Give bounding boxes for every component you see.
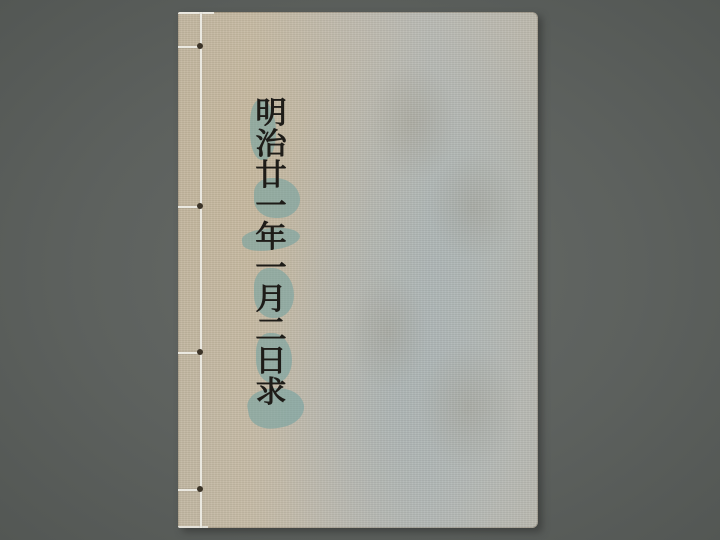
top-binding-edge (178, 12, 214, 14)
title-char: 求 (255, 377, 287, 408)
title-char: 一 (255, 253, 287, 284)
stain (428, 152, 518, 262)
stain (418, 342, 518, 472)
book-cover: 明 治 廿 一 年 一 月 二 日 求 (178, 12, 538, 528)
stitch-hole (197, 349, 203, 355)
stitch-hole (197, 203, 203, 209)
bottom-binding-edge (178, 526, 208, 528)
stitch-hole (197, 43, 203, 49)
title-char: 廿 (255, 160, 287, 191)
stain (348, 272, 428, 392)
stitch-hole (197, 486, 203, 492)
title-char: 二 (255, 315, 287, 346)
title-char: 治 (255, 129, 287, 160)
title-char: 明 (255, 98, 287, 129)
spine-thread (200, 12, 202, 528)
title-text: 明 治 廿 一 年 一 月 二 日 求 (236, 98, 306, 408)
handwritten-title: 明 治 廿 一 年 一 月 二 日 求 (236, 98, 306, 438)
title-char: 一 (255, 191, 287, 222)
title-char: 月 (255, 284, 287, 315)
title-char: 年 (255, 222, 287, 253)
title-char: 日 (255, 346, 287, 377)
